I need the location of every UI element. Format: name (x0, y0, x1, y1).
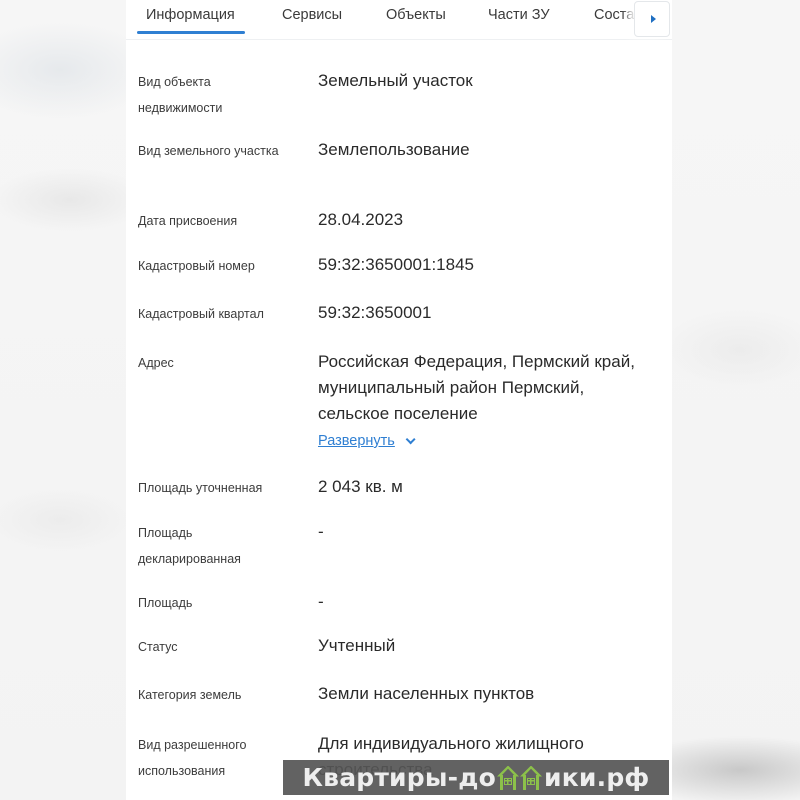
field-value[interactable]: 59:32:3650001 (318, 300, 648, 326)
field-value: Землепользование (318, 137, 648, 163)
tab-bar: Информация Сервисы Объекты Части ЗУ Сост… (126, 0, 672, 40)
object-info-panel: Информация Сервисы Объекты Части ЗУ Сост… (126, 0, 672, 800)
address-text: Российская Федерация, Пермский край, мун… (318, 349, 648, 427)
field-label: Площадь декларированная (138, 520, 298, 572)
field-value: Учтенный (318, 633, 648, 659)
field-label: Вид земельного участка (138, 138, 298, 164)
field-value: Земельный участок (318, 68, 648, 94)
tab-land-parts[interactable]: Части ЗУ (488, 0, 550, 23)
field-label: Вид объекта недвижимости (138, 69, 298, 121)
field-label: Вид разрешенного использования (138, 732, 298, 784)
tab-objects[interactable]: Объекты (386, 0, 446, 23)
field-label: Категория земель (138, 682, 298, 708)
field-label: Дата присвоения (138, 208, 298, 234)
houses-logo-icon (497, 766, 543, 790)
chevron-down-icon (406, 434, 416, 444)
tab-services[interactable]: Сервисы (282, 0, 342, 23)
watermark-suffix: ики.рф (544, 763, 649, 792)
tab-information[interactable]: Информация (146, 0, 235, 23)
field-label: Площадь (138, 590, 298, 616)
tabs-scroll-right-button[interactable] (634, 1, 670, 37)
chevron-right-icon (651, 15, 656, 23)
field-label: Кадастровый номер (138, 253, 298, 279)
watermark-prefix: Квартиры-до (303, 763, 496, 792)
house-icon (520, 766, 542, 790)
site-watermark: Квартиры-до ики.рф (283, 760, 669, 795)
field-value: Российская Федерация, Пермский край, мун… (318, 349, 648, 453)
field-label: Адрес (138, 350, 298, 376)
tab-composition[interactable]: Соста (594, 0, 634, 23)
field-value: 28.04.2023 (318, 207, 648, 233)
house-icon (497, 766, 519, 790)
field-value: Земли населенных пунктов (318, 681, 648, 707)
field-value: - (318, 589, 648, 615)
field-value: - (318, 519, 648, 545)
field-label: Площадь уточненная (138, 475, 298, 501)
field-label: Кадастровый квартал (138, 301, 298, 327)
expand-label: Развернуть (318, 430, 395, 452)
field-value: 2 043 кв. м (318, 474, 648, 500)
field-label: Статус (138, 634, 298, 660)
expand-address-link[interactable]: Развернуть (318, 430, 412, 452)
field-value[interactable]: 59:32:3650001:1845 (318, 252, 648, 278)
